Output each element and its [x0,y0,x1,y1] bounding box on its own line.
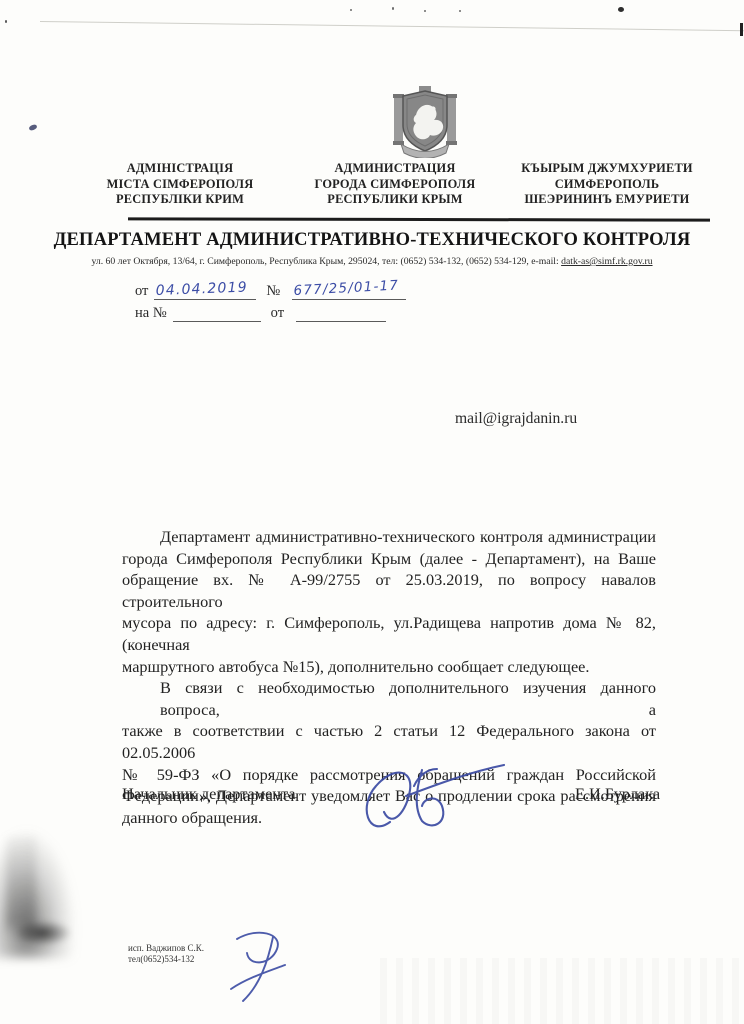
scan-speck [5,20,7,23]
date-underline: 04.04.2019 [154,282,256,300]
reply-number-label: на № [135,305,167,322]
paper-edge-line [40,21,744,31]
paragraph-1-line-5: маршрутного автобуса №15), дополнительно… [122,656,656,678]
signature-autograph [356,744,508,840]
ink-speck [28,124,37,131]
reply-from-label: от [271,305,284,322]
scan-speck [618,7,624,12]
scanner-banding [380,958,744,1024]
signer-position: Начальник департамента [122,784,296,804]
scan-speck [424,10,426,12]
reply-number-underline [173,304,261,322]
handwritten-date: 04.04.2019 [156,279,249,299]
coat-of-arms-icon [392,85,458,158]
reply-date-underline [296,304,386,322]
executor-phone: тел(0652)534-132 [128,954,204,965]
header-divider-rule [128,217,710,221]
scan-edge-mark [740,23,743,36]
department-email: datk-as@simf.rk.gov.ru [561,256,652,267]
address-text: ул. 60 лет Октября, 13/64, г. Симферопол… [91,256,561,267]
paragraph-1-line-4: мусора по адресу: г. Симферополь, ул.Рад… [122,612,656,655]
reference-row-outgoing: от 04.04.2019 № 677/25/01-17 [135,281,406,300]
paragraph-1-line-2: города Симферополя Республики Крым (дале… [122,548,656,570]
handwritten-number: 677/25/01-17 [293,277,399,299]
org-name-column-1: АДМІНІСТРАЦІЯМІСТА СІМФЕРОПОЛЯРЕСПУБЛІКИ… [66,161,294,208]
number-underline: 677/25/01-17 [292,282,406,300]
scanned-letter-page: АДМІНІСТРАЦІЯМІСТА СІМФЕРОПОЛЯРЕСПУБЛІКИ… [0,0,744,1024]
scan-speck [350,9,352,11]
address-line: ул. 60 лет Октября, 13/64, г. Симферопол… [0,256,744,267]
org-name-column-2: АДМИНИСТРАЦИЯГОРОДА СИМФЕРОПОЛЯРЕСПУБЛИК… [294,161,496,208]
scan-smudge [14,920,72,946]
reference-row-incoming: на № от [135,303,406,322]
paragraph-2-line-1: В связи с необходимостью дополнительного… [122,677,656,720]
reference-block: от 04.04.2019 № 677/25/01-17 на № от [135,281,406,325]
executor-line: исп. Ваджипов С.К. [128,943,204,954]
org-name-header: АДМІНІСТРАЦІЯМІСТА СІМФЕРОПОЛЯРЕСПУБЛІКИ… [66,161,718,208]
number-label: № [266,283,280,300]
paragraph-1-line-1: Департамент административно-технического… [122,526,656,548]
from-label: от [135,283,148,300]
org-name-column-3: КЪЫРЫМ ДЖУМХУРИЕТИСИМФЕРОПОЛЬШЕЭРИНИНЪ Е… [496,161,718,208]
paragraph-1-line-3: обращение вх. № А-99/2755 от 25.03.2019,… [122,569,656,612]
department-title: ДЕПАРТАМЕНТ АДМИНИСТРАТИВНО-ТЕХНИЧЕСКОГО… [0,230,744,251]
signer-name: Е.И.Бурлака [575,784,660,804]
scan-speck [459,10,461,12]
recipient-email: mail@igrajdanin.ru [455,410,577,428]
scan-speck [392,7,394,10]
executor-paraph-signature [221,925,295,1007]
executor-note: исп. Ваджипов С.К. тел(0652)534-132 [128,943,204,965]
